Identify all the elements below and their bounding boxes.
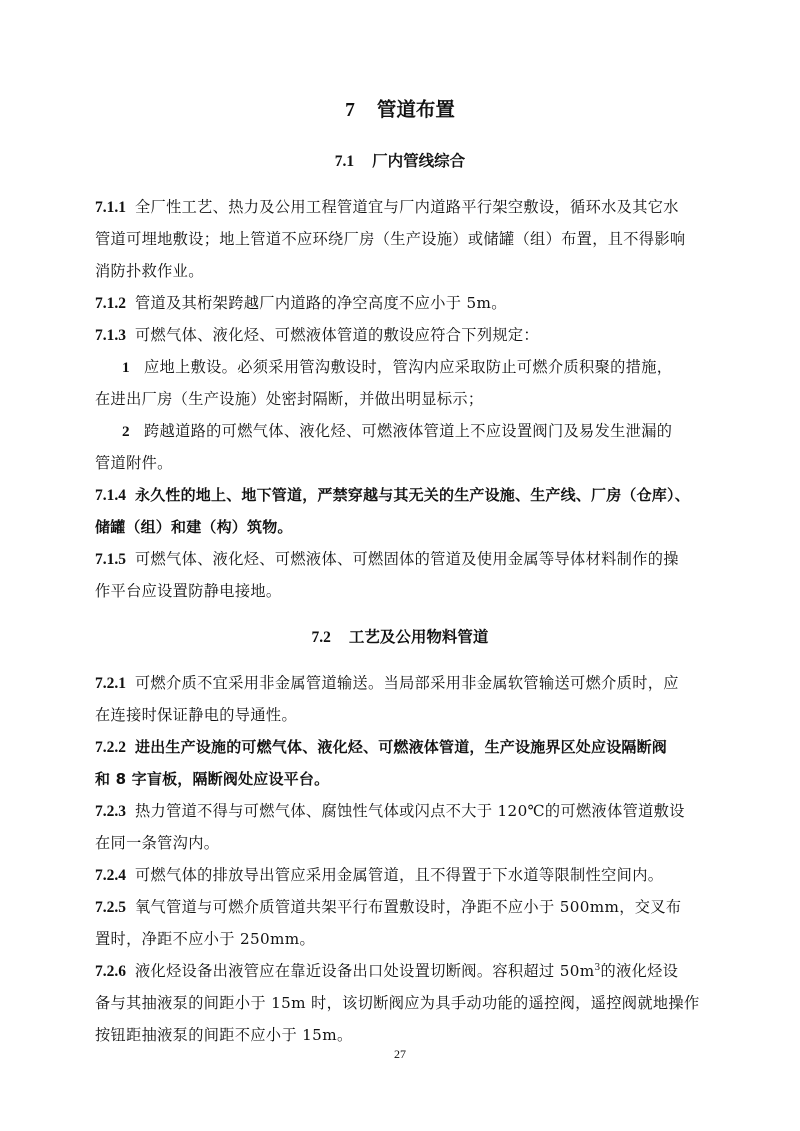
section-title-7-1: 7.1厂内管线综合 [0,151,800,172]
item-number: 2 [122,422,144,442]
chapter-number: 7 [345,100,355,121]
clause-7-2-5: 7.2.5氧气管道与可燃介质管道共架平行布置敷设时，净距不应小于 500mm，交… [95,897,705,918]
clause-7-1-2: 7.1.2管道及其桁架跨越厂内道路的净空高度不应小于 5m。 [95,293,705,314]
clause-text-line: 进出生产设施的可燃气体、液化烃、可燃液体管道，生产设施界区处应设隔断阀 [135,738,667,756]
clause-number: 7.1.4 [95,486,135,506]
clause-7-1-1-line-3: 消防扑救作业。 [95,261,705,281]
page-number: 27 [0,1047,800,1062]
clause-number: 7.2.6 [95,962,135,982]
clause-7-1-1-line-2: 管道可埋地敷设；地上管道不应环绕厂房（生产设施）或储罐（组）布置，且不得影响 [95,229,705,249]
clause-number: 7.2.3 [95,802,135,822]
clause-7-2-6-line-2: 备与其抽液泵的间距小于 15m 时，该切断阀应为具手动功能的遥控阀，遥控阀就地操… [95,993,705,1013]
clause-7-1-3-item-2: 2跨越道路的可燃气体、液化烃、可燃液体管道上不应设置阀门及易发生泄漏的 [122,421,732,442]
section-number: 7.1 [335,153,354,170]
section-title-text: 工艺及公用物料管道 [349,628,489,646]
clause-number: 7.2.4 [95,866,135,886]
clause-number: 7.1.1 [95,198,135,218]
clause-7-2-4: 7.2.4可燃气体的排放导出管应采用金属管道，且不得置于下水道等限制性空间内。 [95,865,705,886]
clause-number: 7.2.5 [95,898,135,918]
clause-number: 7.1.5 [95,550,135,570]
clause-7-2-5-line-2: 置时，净距不应小于 250mm。 [95,929,705,949]
clause-text-line-tail: 的液化烃设 [601,962,679,980]
clause-text-line: 热力管道不得与可燃气体、腐蚀性气体或闪点不大于 120℃的可燃液体管道敷设 [135,802,685,820]
clause-7-2-2-line-2: 和 8 字盲板，隔断阀处应设平台。 [95,769,705,789]
clause-7-2-1-line-2: 在连接时保证静电的导通性。 [95,705,705,725]
clause-number: 7.2.2 [95,738,135,758]
clause-7-2-3: 7.2.3热力管道不得与可燃气体、腐蚀性气体或闪点不大于 120℃的可燃液体管道… [95,801,705,822]
clause-text-line: 永久性的地上、地下管道，严禁穿越与其无关的生产设施、生产线、厂房（仓库）、 [135,486,690,504]
clause-7-2-6-line-3: 按钮距抽液泵的间距不应小于 15m。 [95,1025,705,1045]
clause-number: 7.1.3 [95,326,135,346]
clause-text-line: 可燃气体的排放导出管应采用金属管道，且不得置于下水道等限制性空间内。 [135,866,663,884]
clause-text-line: 液化烃设备出液管应在靠近设备出口处设置切断阀。容积超过 50m [135,962,594,980]
section-number: 7.2 [312,629,331,646]
section-title-7-2: 7.2工艺及公用物料管道 [0,627,800,648]
clause-text-line: 可燃介质不宜采用非金属管道输送。当局部采用非金属软管输送可燃介质时，应 [135,674,679,692]
clause-text-line: 可燃气体、液化烃、可燃液体管道的敷设应符合下列规定： [135,326,539,344]
clause-7-1-3-item-2-line-2: 管道附件。 [95,453,705,473]
clause-7-1-3: 7.1.3可燃气体、液化烃、可燃液体管道的敷设应符合下列规定： [95,325,705,346]
clause-text-line: 氧气管道与可燃介质管道共架平行布置敷设时，净距不应小于 500mm，交叉布 [135,898,681,916]
document-page: 7管道布置 7.1厂内管线综合 7.1.1全厂性工艺、热力及公用工程管道宜与厂内… [0,0,800,1131]
clause-7-1-5: 7.1.5可燃气体、液化烃、可燃液体、可燃固体的管道及使用金属等导体材料制作的操 [95,549,705,570]
clause-7-1-4-line-2: 储罐（组）和建（构）筑物。 [95,517,705,537]
clause-text-line: 管道及其桁架跨越厂内道路的净空高度不应小于 5m。 [135,294,507,312]
clause-number: 7.1.2 [95,294,135,314]
chapter-title: 7管道布置 [0,97,800,124]
clause-7-2-3-line-2: 在同一条管沟内。 [95,833,705,853]
clause-7-1-4: 7.1.4永久性的地上、地下管道，严禁穿越与其无关的生产设施、生产线、厂房（仓库… [95,485,705,506]
clause-text-line: 可燃气体、液化烃、可燃液体、可燃固体的管道及使用金属等导体材料制作的操 [135,550,679,568]
clause-7-1-3-item-1-line-2: 在进出厂房（生产设施）处密封隔断，并做出明显标示； [95,389,705,409]
item-number: 1 [122,358,144,378]
section-title-text: 厂内管线综合 [372,152,465,170]
clause-7-1-5-line-2: 作平台应设置防静电接地。 [95,581,705,601]
clause-7-2-1: 7.2.1可燃介质不宜采用非金属管道输送。当局部采用非金属软管输送可燃介质时，应 [95,673,705,694]
item-text-line: 应地上敷设。必须采用管沟敷设时，管沟内应采取防止可燃介质积聚的措施， [144,358,672,376]
clause-7-1-3-item-1: 1应地上敷设。必须采用管沟敷设时，管沟内应采取防止可燃介质积聚的措施， [122,357,732,378]
clause-7-1-1: 7.1.1全厂性工艺、热力及公用工程管道宜与厂内道路平行架空敷设，循环水及其它水 [95,197,705,218]
clause-text-line: 全厂性工艺、热力及公用工程管道宜与厂内道路平行架空敷设，循环水及其它水 [135,198,679,216]
chapter-title-text: 管道布置 [377,98,455,121]
clause-number: 7.2.1 [95,674,135,694]
clause-7-2-6: 7.2.6液化烃设备出液管应在靠近设备出口处设置切断阀。容积超过 50m3的液化… [95,961,705,982]
item-text-line: 跨越道路的可燃气体、液化烃、可燃液体管道上不应设置阀门及易发生泄漏的 [144,422,672,440]
clause-7-2-2: 7.2.2进出生产设施的可燃气体、液化烃、可燃液体管道，生产设施界区处应设隔断阀 [95,737,705,758]
